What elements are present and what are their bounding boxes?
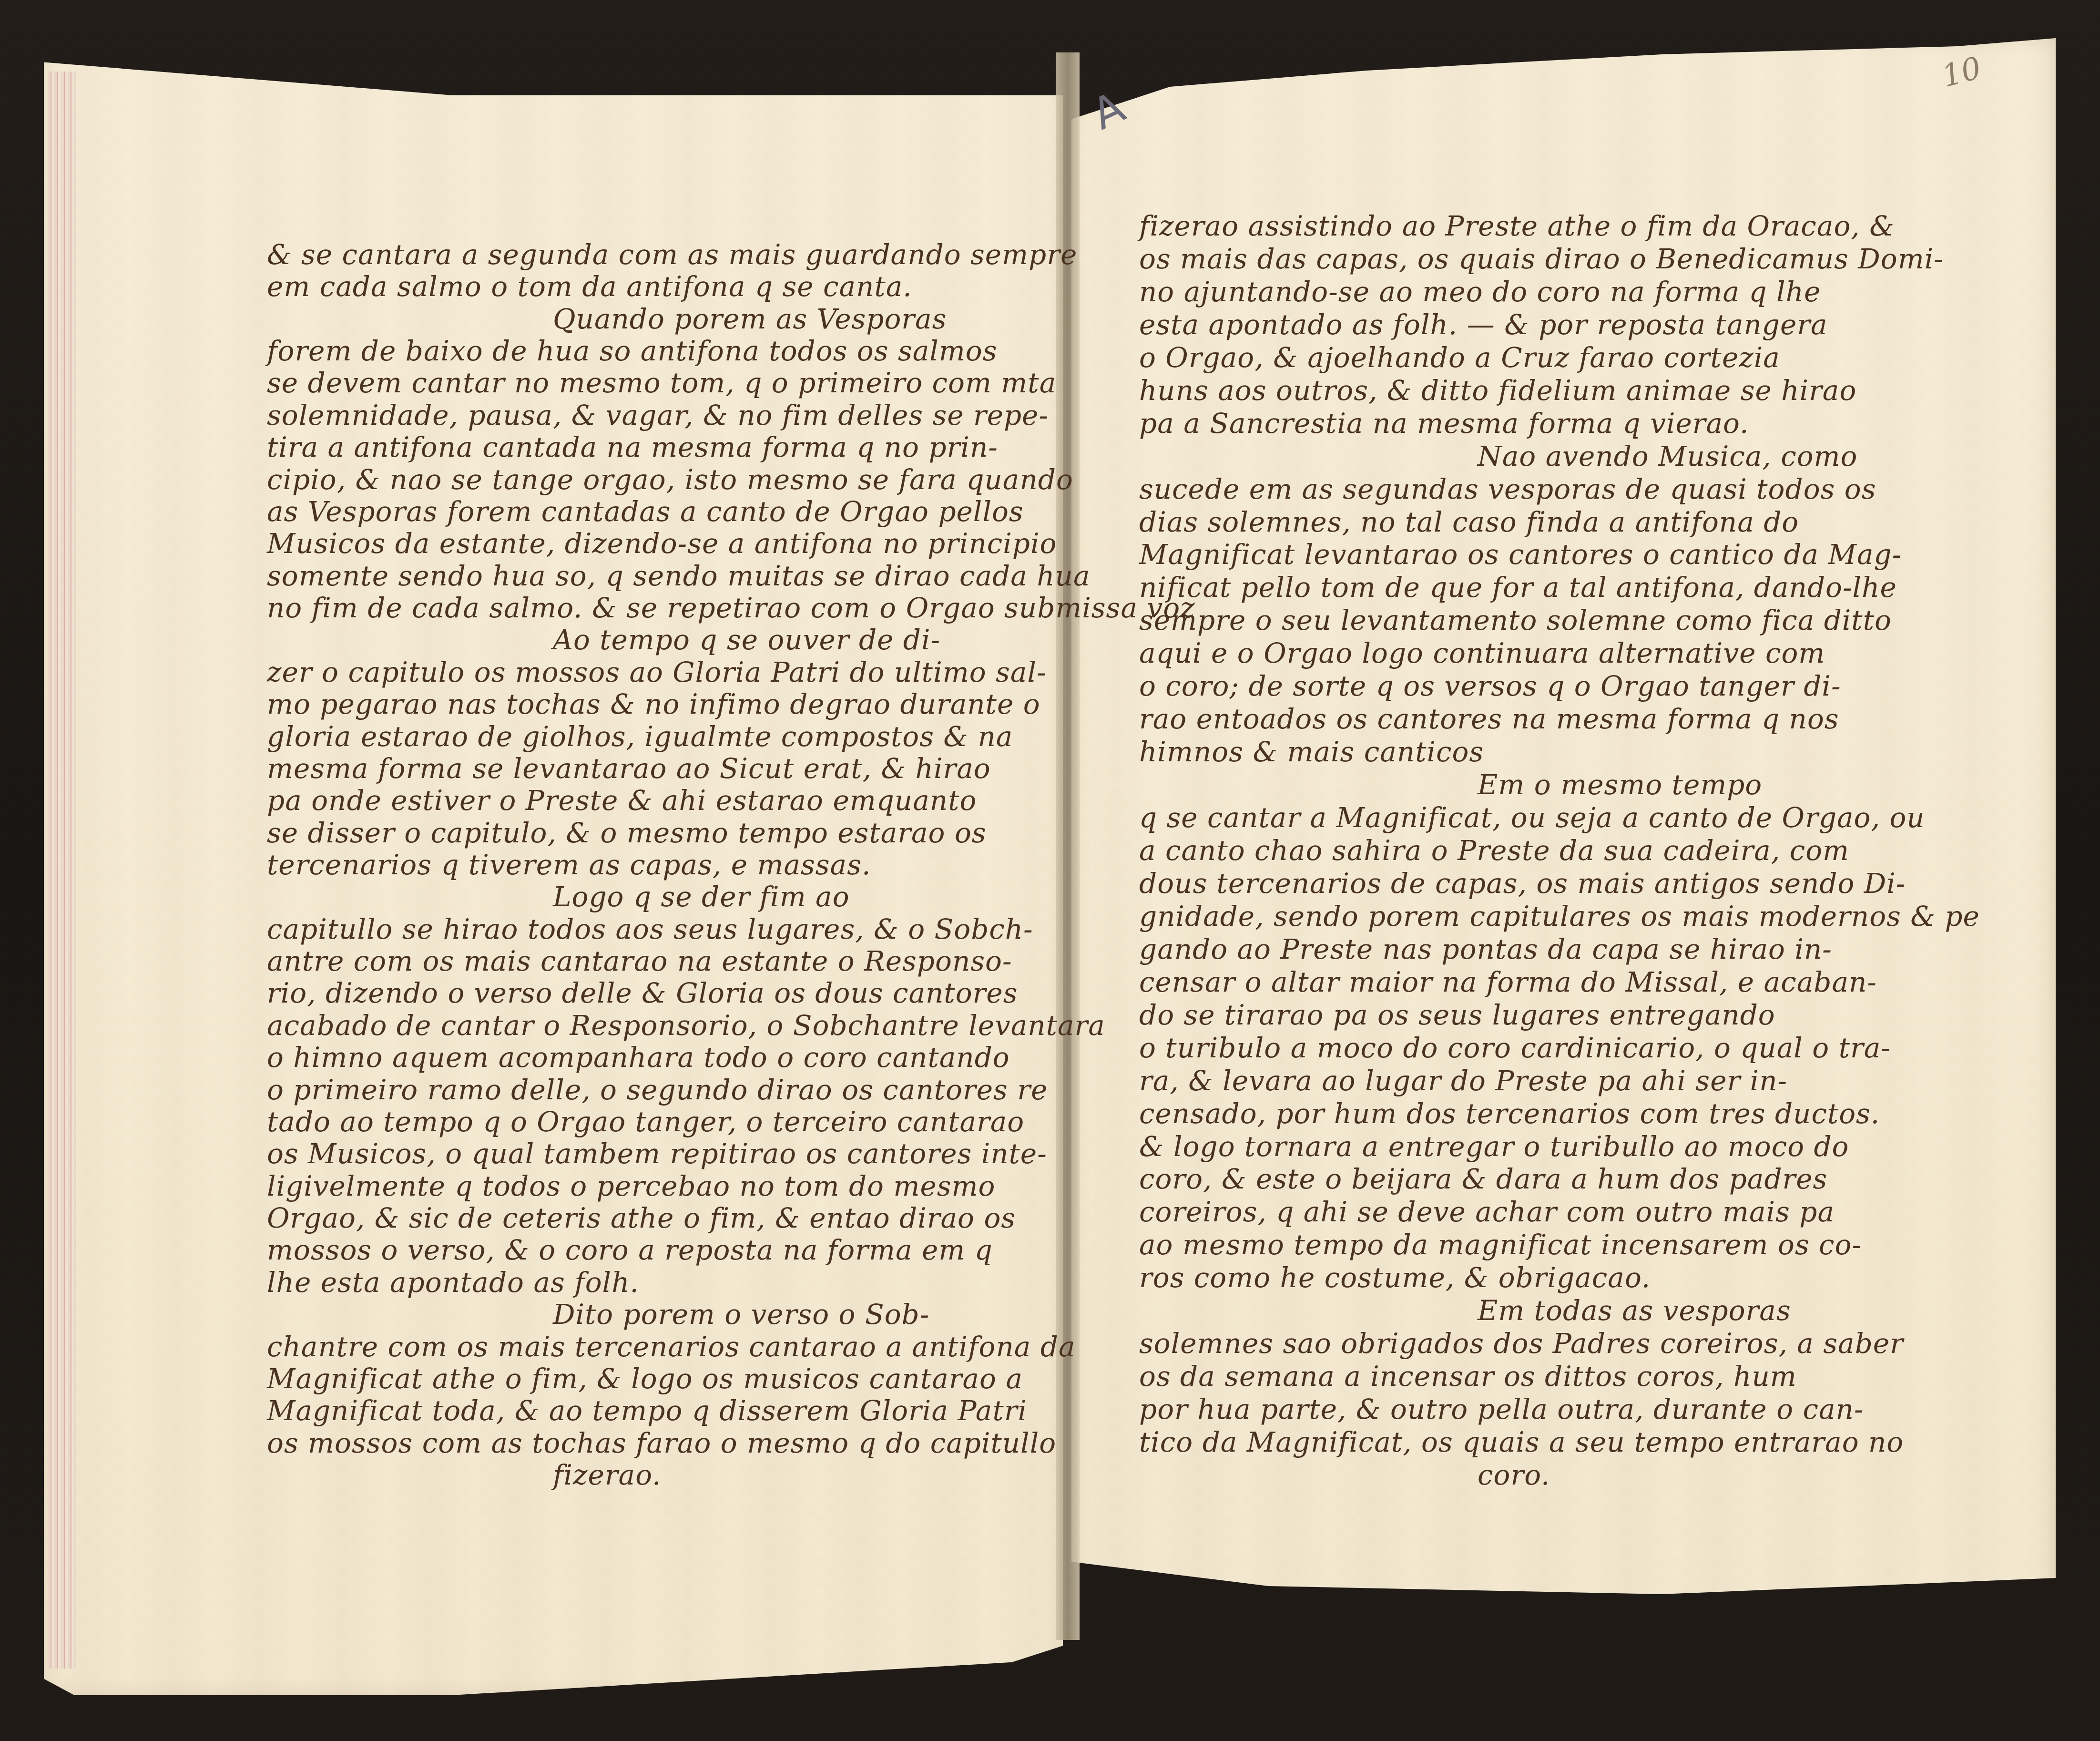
manuscript-line: & se cantara a segunda com as mais guard…	[267, 238, 1077, 271]
manuscript-line: solemnes sao obrigados dos Padres coreir…	[1139, 1327, 1904, 1360]
manuscript-line: solemnidade, pausa, & vagar, & no fim de…	[267, 399, 1049, 431]
manuscript-line: dias solemnes, no tal caso finda a antif…	[1139, 506, 1799, 538]
manuscript-line: esta apontado as folh. — & por reposta t…	[1139, 308, 1828, 341]
manuscript-line: pa onde estiver o Preste & ahi estarao e…	[267, 784, 977, 817]
manuscript-line: lhe esta apontado as folh.	[267, 1266, 639, 1299]
manuscript-line: o Orgao, & ajoelhando a Cruz farao corte…	[1139, 341, 1780, 374]
manuscript-line: do se tirarao pa os seus lugares entrega…	[1139, 999, 1775, 1031]
manuscript-line: se disser o capitulo, & o mesmo tempo es…	[267, 817, 987, 849]
book-gutter	[1056, 52, 1080, 1640]
manuscript-line: forem de baixo de hua so antifona todos …	[267, 335, 998, 367]
manuscript-line: gando ao Preste nas pontas da capa se hi…	[1139, 933, 1832, 965]
manuscript-line: Dito porem o verso o Sob-	[553, 1298, 929, 1331]
manuscript-line: tado ao tempo q o Orgao tanger, o tercei…	[267, 1106, 1024, 1138]
manuscript-line: no ajuntando-se ao meo do coro na forma …	[1139, 276, 1821, 308]
page-edge-stack	[48, 72, 76, 1669]
manuscript-line: rio, dizendo o verso delle & Gloria os d…	[267, 977, 1018, 1009]
manuscript-line: tercenarios q tiverem as capas, e massas…	[267, 849, 871, 881]
manuscript-line: mossos o verso, & o coro a reposta na fo…	[267, 1234, 993, 1266]
manuscript-line: Musicos da estante, dizendo-se a antifon…	[267, 527, 1057, 560]
manuscript-line: tira a antifona cantada na mesma forma q…	[267, 431, 998, 463]
manuscript-line: cipio, & nao se tange orgao, isto mesmo …	[267, 463, 1073, 496]
manuscript-line: pa a Sancrestia na mesma forma q vierao.	[1139, 407, 1749, 440]
manuscript-line: fizerao.	[553, 1459, 662, 1491]
manuscript-line: os mais das capas, os quais dirao o Bene…	[1139, 243, 1944, 275]
manuscript-line: ros como he costume, & obrigacao.	[1139, 1261, 1651, 1294]
manuscript-line: somente sendo hua so, q sendo muitas se …	[267, 560, 1090, 592]
manuscript-line: os mossos com as tochas farao o mesmo q …	[267, 1427, 1056, 1459]
manuscript-line: Magnificat toda, & ao tempo q disserem G…	[267, 1394, 1027, 1427]
manuscript-line: as Vesporas forem cantadas a canto de Or…	[267, 495, 1024, 528]
manuscript-line: a canto chao sahira o Preste da sua cade…	[1139, 834, 1849, 867]
manuscript-line: o primeiro ramo delle, o segundo dirao o…	[267, 1074, 1048, 1106]
manuscript-line: o himno aquem acompanhara todo o coro ca…	[267, 1041, 1010, 1074]
manuscript-line: no fim de cada salmo. & se repetirao com…	[267, 592, 1195, 624]
manuscript-line: fizerao assistindo ao Preste athe o fim …	[1139, 210, 1895, 242]
manuscript-line: em cada salmo o tom da antifona q se can…	[267, 270, 912, 303]
manuscript-line: Ao tempo q se ouver de di-	[553, 624, 940, 656]
manuscript-line: acabado de cantar o Responsorio, o Sobch…	[267, 1009, 1105, 1042]
manuscript-line: gloria estarao de giolhos, igualmte comp…	[267, 720, 1013, 753]
manuscript-line: huns aos outros, & ditto fidelium animae…	[1139, 374, 1856, 407]
manuscript-line: gnidade, sendo porem capitulares os mais…	[1139, 900, 1980, 932]
manuscript-line: dous tercenarios de capas, os mais antig…	[1139, 867, 1906, 900]
manuscript-line: capitullo se hirao todos aos seus lugare…	[267, 913, 1033, 945]
manuscript-line: os da semana a incensar os dittos coros,…	[1139, 1360, 1797, 1393]
manuscript-line: ligivelmente q todos o percebao no tom d…	[267, 1170, 995, 1202]
manuscript-line: Orgao, & sic de ceteris athe o fim, & en…	[267, 1202, 1016, 1234]
manuscript-line: censado, por hum dos tercenarios com tre…	[1139, 1097, 1880, 1130]
manuscript-line: Magnificat athe o fim, & logo os musicos…	[267, 1362, 1023, 1395]
manuscript-line: mesma forma se levantarao ao Sicut erat,…	[267, 752, 991, 785]
manuscript-line: zer o capitulo os mossos ao Gloria Patri…	[267, 656, 1047, 688]
manuscript-line: se devem cantar no mesmo tom, q o primei…	[267, 367, 1056, 399]
manuscript-line: chantre com os mais tercenarios cantarao…	[267, 1331, 1076, 1363]
manuscript-line: sucede em as segundas vesporas de quasi …	[1139, 473, 1876, 505]
manuscript-line: coro, & este o beijara & dara a hum dos …	[1139, 1163, 1827, 1195]
manuscript-line: mo pegarao nas tochas & no infimo degrao…	[267, 688, 1040, 720]
manuscript-line: q se cantar a Magnificat, ou seja a cant…	[1139, 801, 1925, 834]
manuscript-line: rao entoados os cantores na mesma forma …	[1139, 703, 1839, 735]
manuscript-line: Em o mesmo tempo	[1478, 768, 1762, 801]
manuscript-line: ao mesmo tempo da magnificat incensarem …	[1139, 1229, 1862, 1261]
manuscript-line: censar o altar maior na forma do Missal,…	[1139, 966, 1877, 998]
manuscript-line: coreiros, q ahi se deve achar com outro …	[1139, 1196, 1835, 1228]
manuscript-line: Em todas as vesporas	[1478, 1294, 1791, 1327]
manuscript-line: tico da Magnificat, os quais a seu tempo…	[1139, 1426, 1904, 1458]
manuscript-line: sempre o seu levantamento solemne como f…	[1139, 604, 1892, 636]
manuscript-line: antre com os mais cantarao na estante o …	[267, 945, 1012, 977]
manuscript-line: Magnificat levantarao os cantores o cant…	[1139, 538, 1902, 571]
manuscript-line: Nao avendo Musica, como	[1478, 440, 1858, 472]
manuscript-line: o coro; de sorte q os versos q o Orgao t…	[1139, 670, 1841, 702]
manuscript-line: Quando porem as Vesporas	[553, 303, 947, 335]
manuscript-line: & logo tornara a entregar o turibullo ao…	[1139, 1130, 1849, 1163]
manuscript-line: himnos & mais canticos	[1139, 736, 1484, 768]
manuscript-line: Logo q se der fim ao	[553, 881, 850, 913]
manuscript-line: nificat pello tom de que for a tal antif…	[1139, 571, 1897, 604]
manuscript-line: o turibulo a moco do coro cardinicario, …	[1139, 1032, 1891, 1064]
manuscript-line: os Musicos, o qual tambem repitirao os c…	[267, 1137, 1047, 1170]
manuscript-line: por hua parte, & outro pella outra, dura…	[1139, 1393, 1864, 1425]
manuscript-line: aqui e o Orgao logo continuara alternati…	[1139, 637, 1825, 669]
manuscript-line: ra, & levara ao lugar do Preste pa ahi s…	[1139, 1065, 1787, 1097]
manuscript-line: coro.	[1478, 1459, 1550, 1491]
